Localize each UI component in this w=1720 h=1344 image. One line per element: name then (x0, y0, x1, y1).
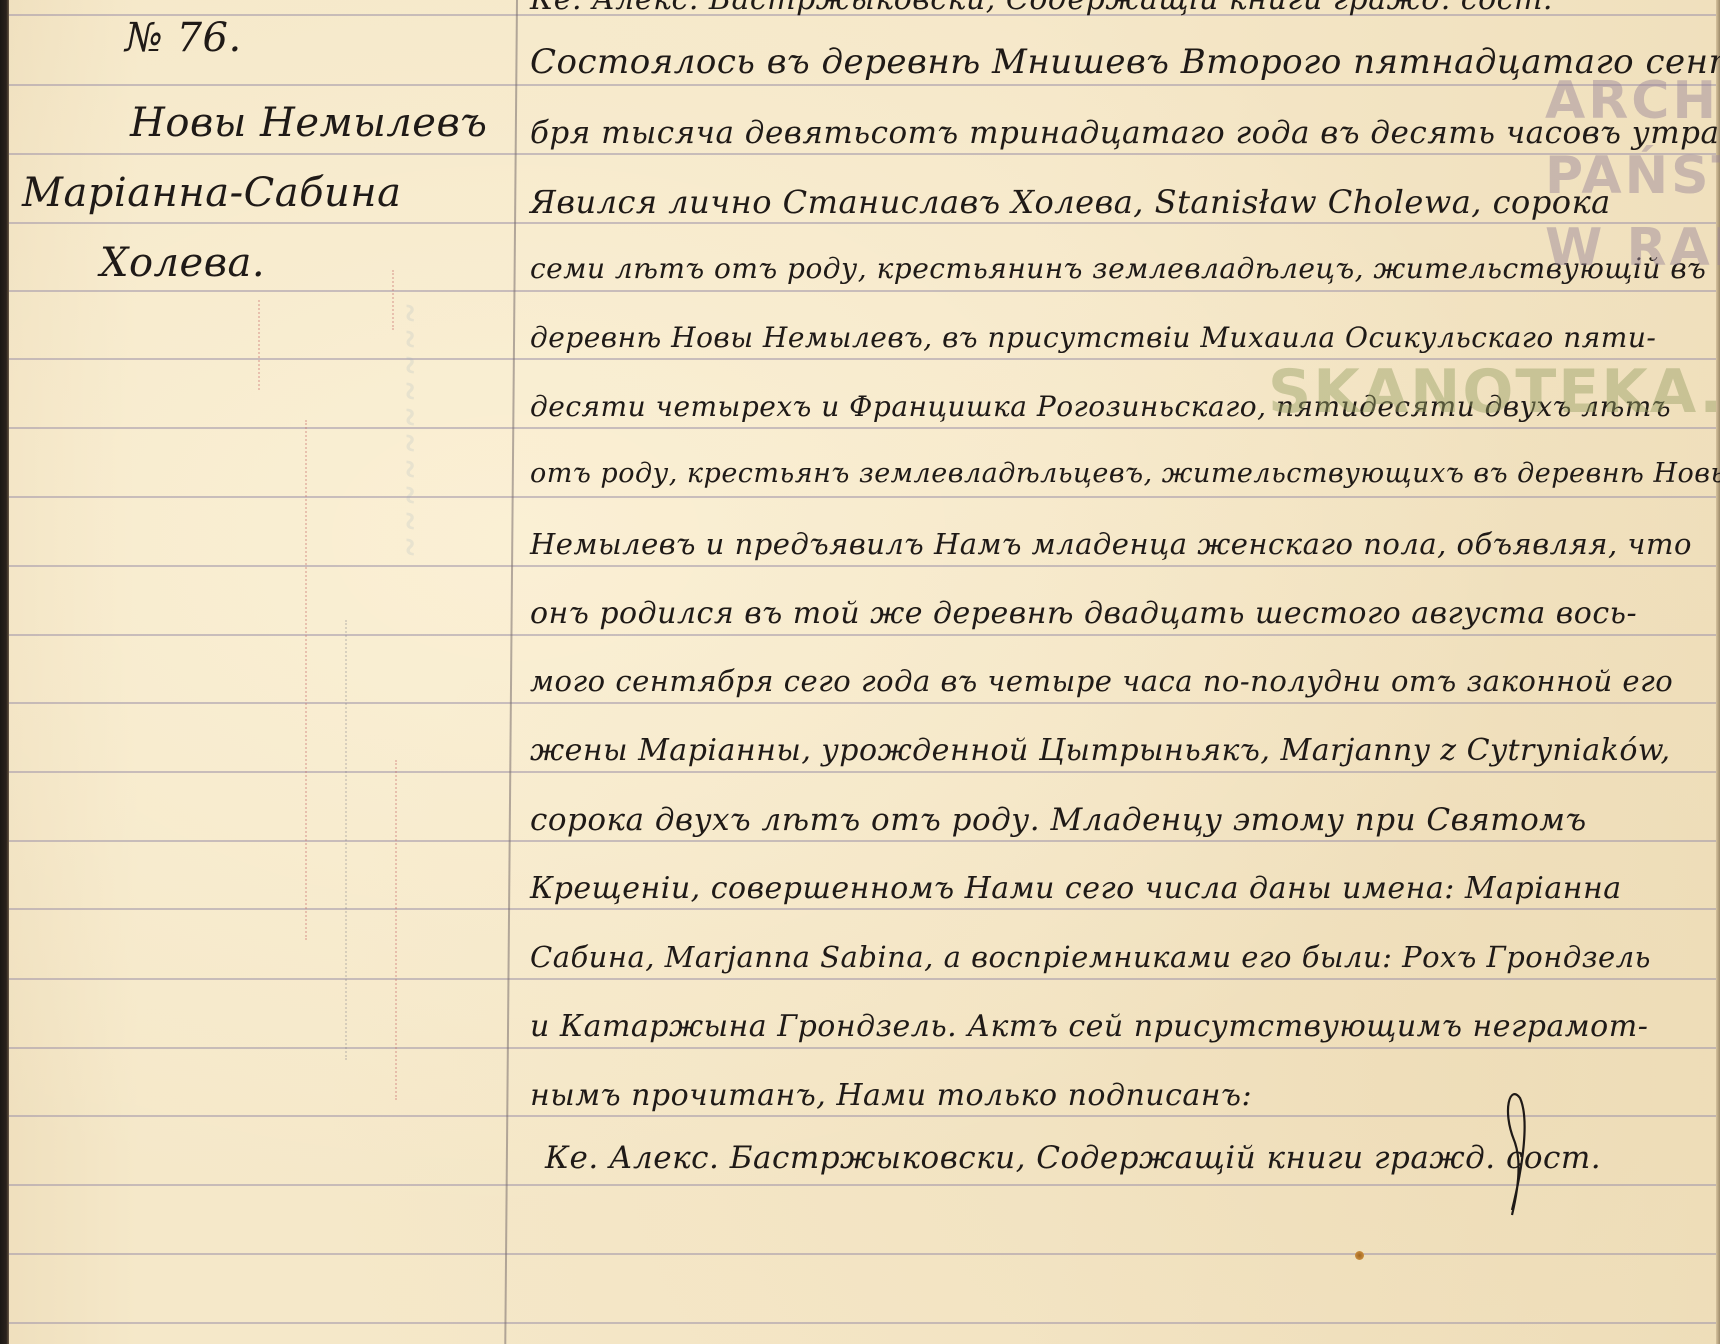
document-page: ˜˜˜˜˜˜˜˜˜˜ № 76. Новы Немылевъ Маріанна-… (0, 0, 1720, 1344)
entry-surname: Холева. (100, 240, 265, 286)
bleed-through-mark (305, 420, 309, 940)
body-line: сорока двухъ лѣтъ отъ роду. Младенцу это… (530, 802, 1587, 838)
ruled-line (9, 702, 1716, 704)
body-line: Состоялось въ деревнѣ Мнишевъ Второго пя… (530, 42, 1720, 82)
entry-village: Новы Немылевъ (130, 100, 487, 146)
ruled-line (9, 153, 1716, 155)
body-line: Крещеніи, совершенномъ Нами сего числа д… (530, 871, 1622, 906)
margin-line (504, 0, 517, 1344)
ruled-line (9, 1115, 1716, 1117)
ruled-line (9, 427, 1716, 429)
body-line: Сабина, Marjanna Sabina, а воспріемникам… (530, 940, 1651, 974)
book-binding-edge (0, 0, 9, 1344)
ruled-line (9, 1322, 1716, 1324)
body-line: жены Маріанны, урожденной Цытрыньякъ, Ma… (530, 733, 1671, 768)
ruled-line (9, 222, 1716, 224)
body-line: онъ родился въ той же деревнѣ двадцать ш… (530, 596, 1637, 631)
ruled-line (9, 908, 1716, 910)
entry-number: № 76. (125, 15, 242, 61)
ruled-line (9, 1047, 1716, 1049)
faded-reverse-text: ˜˜˜˜˜˜˜˜˜˜ (360, 300, 420, 560)
ruled-line (9, 978, 1716, 980)
body-line: бря тысяча девятьсотъ тринадцатаго года … (530, 115, 1720, 151)
ruled-line (9, 496, 1716, 498)
body-line: Явился лично Станиславъ Холева, Stanisła… (530, 183, 1611, 221)
ink-spot (1355, 1251, 1364, 1260)
ruled-line (9, 840, 1716, 842)
watermark-skanoteka: SKANOTEKA.G (1268, 362, 1720, 422)
body-line: мого сентября сего года въ четыре часа п… (530, 664, 1673, 698)
signature-line: Ке. Алекс. Бастржыковски, Содержащій кни… (545, 1140, 1601, 1176)
ruled-line (9, 1184, 1716, 1186)
body-line: отъ роду, крестьянъ землевладѣльцевъ, жи… (530, 458, 1720, 489)
body-line: Немылевъ и предъявилъ Намъ младенца женс… (530, 527, 1692, 561)
signature-flourish (1492, 1090, 1532, 1220)
body-line: деревнѣ Новы Немылевъ, въ присутствіи Ми… (530, 321, 1656, 354)
body-line: и Катаржына Грондзель. Актъ сей присутст… (530, 1009, 1648, 1044)
watermark-archive-line-2: PAŃST (1545, 150, 1720, 202)
ruled-line (9, 634, 1716, 636)
bleed-through-mark (395, 760, 399, 1100)
body-line: семи лѣтъ отъ роду, крестьянинъ землевла… (530, 252, 1706, 285)
watermark-archive-line-1: ARCH (1545, 75, 1719, 127)
watermark-archive-line-3: W RAD (1545, 222, 1720, 274)
body-line: нымъ прочитанъ, Нами только подписанъ: (530, 1078, 1252, 1113)
ruled-line (9, 771, 1716, 773)
bleed-through-mark (258, 300, 262, 390)
body-line: Ке. Алекс. Бастржыковски, Содержащій кни… (530, 0, 1553, 17)
entry-child-name: Маріанна-Сабина (22, 170, 401, 216)
ruled-line (9, 1253, 1716, 1255)
ruled-line (9, 565, 1716, 567)
ruled-line (9, 84, 1716, 86)
bleed-through-mark (345, 620, 349, 1060)
ruled-line (9, 290, 1716, 292)
